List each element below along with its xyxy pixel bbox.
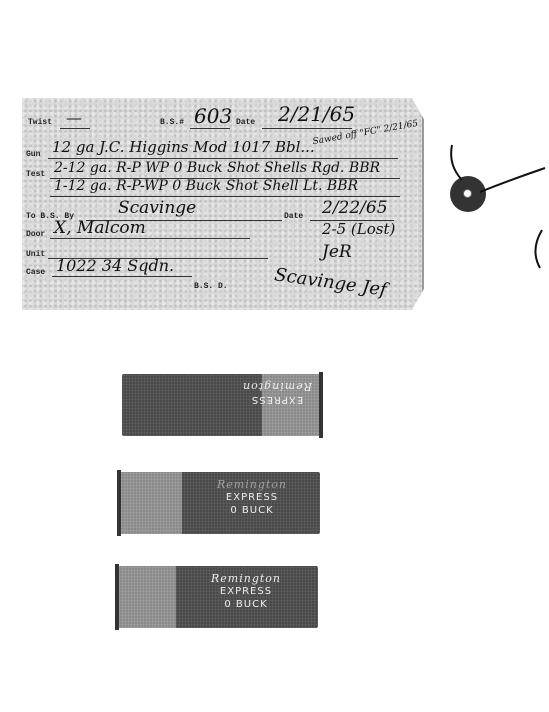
gun-label: Gun xyxy=(26,150,40,159)
shell-1-brand: Remington xyxy=(232,380,322,393)
shell-1-line1: EXPRESS xyxy=(232,393,322,406)
signature: Scavinge Jef xyxy=(273,264,388,301)
gun-value: 12 ga J.C. Higgins Mod 1017 Bbl... xyxy=(52,138,315,156)
date2-value: 2/22/65 xyxy=(322,198,388,218)
date2-label: Date xyxy=(284,212,303,221)
bs-number-value: 603 xyxy=(194,104,232,128)
shell-2-brand: Remington xyxy=(182,478,322,491)
evidence-tag: Twist — B.S.# 603 Date 2/21/65 Gun 12 ga… xyxy=(22,98,424,310)
to-bs-by-value: Scavinge xyxy=(118,198,196,218)
time-note: 2-5 (Lost) xyxy=(322,220,395,238)
date-label: Date xyxy=(236,118,255,127)
shell-2-line1: EXPRESS xyxy=(182,491,322,504)
shell-3-brand: Remington xyxy=(176,572,316,585)
shell-2-line2: 0 BUCK xyxy=(182,504,322,517)
tag-string xyxy=(440,140,549,270)
shell-3-line2: 0 BUCK xyxy=(176,598,316,611)
shotgun-shell-3: Remington EXPRESS 0 BUCK xyxy=(118,566,318,628)
case-value: 1022 34 Sqdn. xyxy=(56,256,174,275)
twist-value: — xyxy=(66,108,82,127)
date-value: 2/21/65 xyxy=(278,102,355,126)
shotgun-shell-1: EXPRESS Remington xyxy=(122,374,320,436)
test-label: Test xyxy=(26,170,45,179)
case-label: Case xyxy=(26,268,45,277)
twist-label: Twist xyxy=(28,118,52,127)
unit-label: Unit xyxy=(26,250,45,259)
initials: JeR xyxy=(322,242,352,262)
test-value-line1: 2-12 ga. R-P WP 0 Buck Shot Shells Rgd. … xyxy=(54,160,380,176)
door-value: X, Malcom xyxy=(54,218,146,238)
bs-number-label: B.S.# xyxy=(160,118,184,127)
test-value-line2: 1-12 ga. R-P-WP 0 Buck Shot Shell Lt. BB… xyxy=(54,178,358,194)
shotgun-shell-2: Remington EXPRESS 0 BUCK xyxy=(120,472,320,534)
bs-bottom-label: B.S. D. xyxy=(194,282,228,291)
door-label: Door xyxy=(26,230,45,239)
shell-3-line1: EXPRESS xyxy=(176,585,316,598)
